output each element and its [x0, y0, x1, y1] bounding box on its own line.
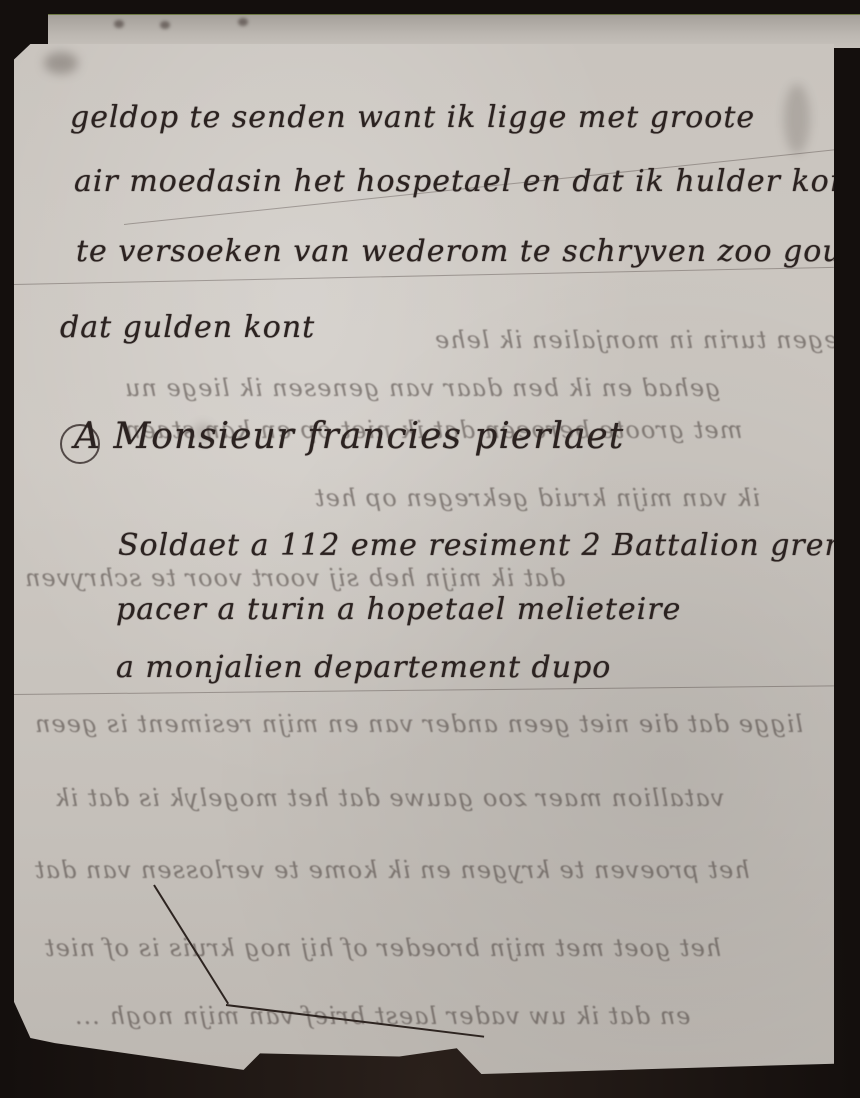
paper-stain: [44, 52, 78, 74]
bleed-through-line: het goet met mijn broeder of hij nog kru…: [44, 934, 721, 962]
ink-spot: [160, 21, 170, 29]
letter-line: geldop te senden want ik ligge met groot…: [70, 100, 755, 135]
address-regiment: Soldaet a 112 eme resiment 2 Battalion g…: [118, 528, 834, 563]
paper-stain: [784, 84, 810, 154]
bleed-through-line: dat ik mijn heb sij voort voor te schryv…: [24, 564, 565, 592]
bleed-through-line: gehad en ik ben daar van genesen ik lieg…: [124, 374, 721, 402]
address-hospital: pacer a turin a hopetael melieteire: [116, 592, 681, 627]
letter-line: air moedasin het hospetael en dat ik hul…: [74, 164, 834, 199]
letter-line: te versoeken van wederom te schryven zoo…: [76, 234, 834, 269]
bleed-through-line: ligge dat die niet geen ander van en mij…: [34, 710, 803, 738]
address-recipient: A Monsieur francies pierlaet: [74, 416, 624, 457]
bleed-through-line: ik van mijn kruid gekregen op het: [314, 484, 760, 512]
letter-sheet: tegen turin in monjalien ik lehe gehad e…: [14, 44, 834, 1074]
ink-spot: [114, 20, 124, 28]
address-department: a monjalien departement dupo: [116, 650, 611, 685]
bleed-through-line: het proeven te krygen en ik kome te verl…: [34, 856, 750, 884]
paper-fold-crease: [14, 685, 834, 695]
bleed-through-line: vatallion maer zoo gauwe dat het mogelyk…: [54, 784, 724, 812]
ink-spot: [238, 18, 248, 26]
folded-paper-strip: [48, 14, 860, 48]
bleed-through-line: en dat ik uw vader laest brief van mijn …: [74, 1002, 690, 1030]
letter-line: dat gulden kont: [60, 310, 315, 345]
bleed-through-line: tegen turin in monjalien ik lehe: [434, 326, 834, 354]
paper-fold-crease: [14, 267, 834, 285]
